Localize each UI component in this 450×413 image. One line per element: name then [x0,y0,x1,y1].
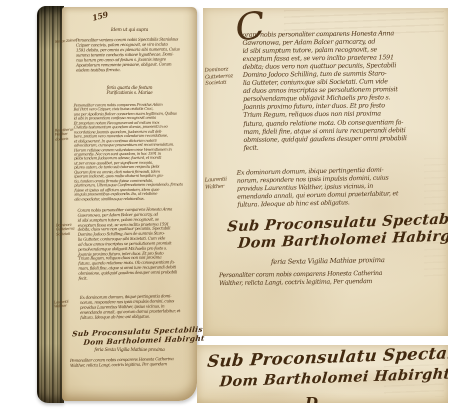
date-line: feria Sexta Vigilia Mathiae proxima [62,348,197,353]
proconsulatu-heading: Sub Proconsulatu SpectabilisDom Bartholo… [71,326,206,348]
margin-note-3: Dominorz Gutteterroz Societati [56,223,75,237]
margin-note-gutteter: Dominorz Gutteterroz Societati [205,66,234,87]
manuscript-figure: 159 Idem ut qui supra Simon Zelner Perso… [0,0,450,413]
record-paragraph: oram nobis personaliter comparens Honest… [242,29,406,151]
proconsulatu-heading-detail: Sub Proconsulatu SpectabilisDom Bartholo… [225,210,448,253]
entry-paragraph-3-text: oram nobis personaliter comparens Honest… [78,206,178,280]
entry-heading: Idem ut qui supra [62,28,197,33]
proconsulatu-heading-strip: Sub Proconsulatu SpectabilisDom Bartholo… [205,345,448,393]
detail-crop-record: C Dominorz Gutteterroz Societati oram no… [203,8,448,336]
book-fore-edge [37,6,64,403]
page-number: 159 [91,9,109,23]
entry-paragraph-2: Personaliter coram nobis comparens Provi… [74,103,183,202]
entry-heading-2: feria quarta die festum Purificationis s… [62,86,197,97]
margin-note-1: Simon Zelner [55,38,77,44]
entry-paragraph-3: Coram nobis personaliter comparens Hones… [77,207,177,281]
record-paragraph-2: Ex dominorum domum, ibique pertingentia … [237,166,399,209]
margin-note-2: Ranotherus Walther doctoris [55,127,75,141]
closing-entry: Personaliter coram nobis comparens Hones… [70,356,174,368]
codex-photo: 159 Idem ut qui supra Simon Zelner Perso… [37,6,197,403]
entry-paragraph-1: Personaliter veniens coram nobis Spectab… [76,36,180,72]
closing-entry-detail: Personaliter coram nobis comparens Hones… [219,270,382,288]
detail-crop-heading-strip: Sub Proconsulatu SpectabilisDom Bartholo… [197,345,448,403]
entry-paragraph-4: Ex dominorum domum, ibique pertingentia … [80,293,181,320]
manuscript-page: 159 Idem ut qui supra Simon Zelner Perso… [62,7,197,401]
margin-note-walther: Laurentii Walther [205,176,228,190]
margin-note-4: Laurentii Walther [54,300,69,310]
partial-next-line-glyph: D [305,394,318,403]
date-line-detail: feria Sexta Vigilia Mathiae proxima [271,256,385,266]
